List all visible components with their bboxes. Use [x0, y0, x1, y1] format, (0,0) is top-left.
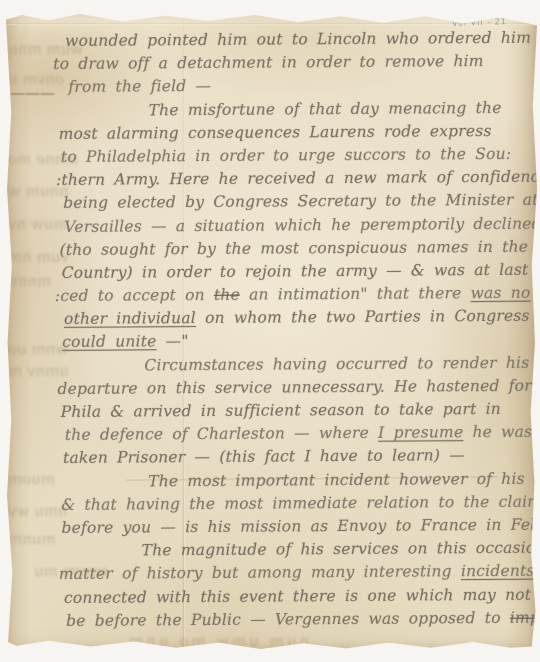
line-segment: Versailles — a situation which he peremp…: [64, 214, 537, 235]
manuscript-line: before you — is his mission as Envoy to …: [61, 514, 537, 541]
manuscript-text: wounded pointed him out to Lincoln who o…: [50, 27, 537, 633]
underlined-phrase: other individual: [64, 309, 196, 328]
manuscript-line: to Philadelphia in order to urge succors…: [61, 143, 537, 170]
line-segment: Circumstances having occurred to render …: [144, 353, 529, 374]
manuscript-line: matter of history but among many interes…: [59, 560, 537, 587]
line-segment: taken Prisoner — (this fact I have to le…: [63, 446, 465, 467]
line-segment: to Philadelphia in order to urge succors…: [61, 145, 511, 166]
manuscript-line: could unite —": [62, 328, 537, 355]
manuscript-line: most alarming consequences Laurens rode …: [59, 119, 537, 146]
line-segment: being elected by Congress Secretary to t…: [63, 191, 537, 212]
manuscript-line: departure on this service unnecessary. H…: [57, 374, 537, 401]
manuscript-line: (tho sought for by the most conspicuous …: [59, 235, 537, 262]
underlined-phrase: was no: [470, 284, 530, 302]
underlined-phrase: could unite: [62, 333, 156, 352]
manuscript-line: connected with this event there is one w…: [64, 583, 537, 610]
bleedthrough-mark: munm: [8, 530, 56, 548]
line-segment: (tho sought for by the most conspicuous …: [59, 237, 528, 258]
line-segment: :ced to accept on: [55, 286, 214, 305]
manuscript-line: Phila & arrived in sufficient season to …: [61, 398, 537, 425]
line-segment: —": [156, 332, 188, 350]
scan-page: Vol VII - 21 wounded pointed him out to …: [6, 10, 537, 649]
manuscript-line: Versailles — a situation which he peremp…: [64, 212, 537, 238]
bleedthrough-mark: mnnu: [8, 272, 51, 290]
line-segment: :thern Army. Here he received a new mark…: [56, 168, 537, 189]
line-segment: an intimation" that there: [240, 284, 471, 304]
scanned-document-viewer: { "document": { "kind": "handwritten man…: [0, 0, 540, 662]
manuscript-line: the defence of Charleston — where I pres…: [65, 421, 537, 447]
manuscript-line: being elected by Congress Secretary to t…: [63, 189, 537, 215]
struck-word: the: [214, 286, 240, 304]
manuscript-line: Country) in order to rejoin the army — &…: [62, 258, 537, 285]
line-segment: wounded pointed him out to Lincoln who o…: [65, 29, 531, 50]
bleedthrough-mark: muom: [8, 470, 55, 488]
manuscript-line: taken Prisoner — (this fact I have to le…: [63, 444, 537, 471]
line-segment: departure on this service unnecessary. H…: [57, 376, 531, 397]
line-segment: the defence of Charleston — where: [65, 424, 378, 444]
bleedthrough-mark: ———: [10, 84, 55, 102]
line-segment: be before the Public — Vergennes was opp…: [66, 608, 510, 629]
bleedthrough-mark: num umw mo unm: [126, 632, 309, 649]
manuscript-line: Circumstances having occurred to render …: [144, 351, 537, 377]
manuscript-line: from the field —: [68, 73, 536, 99]
manuscript-line: wounded pointed him out to Lincoln who o…: [65, 27, 536, 53]
manuscript-line: :thern Army. Here he received a new mark…: [56, 166, 537, 193]
line-segment: he was: [463, 423, 532, 441]
manuscript-line: The most important incident however of h…: [148, 467, 537, 493]
manuscript-line: other individual on whom the two Parties…: [64, 305, 537, 331]
line-segment: Country) in order to rejoin the army — &…: [62, 260, 537, 282]
line-segment: to draw off a detachment in order to rem…: [53, 52, 484, 73]
line-segment: on whom the two Parties in Congress: [196, 307, 530, 327]
line-segment: Phila & arrived in sufficient season to …: [61, 400, 501, 421]
manuscript-line: be before the Public — Vergennes was opp…: [66, 606, 537, 632]
manuscript-line: & that having the most immediate relatio…: [61, 490, 537, 517]
line-segment: matter of history but among many interes…: [59, 562, 461, 583]
line-segment: The misfortune of that day menacing the: [148, 98, 501, 118]
struck-word: impart: [510, 608, 537, 626]
line-segment: from the field —: [68, 77, 211, 96]
line-segment: The most important incident however of h…: [148, 469, 537, 490]
manuscript-line: The misfortune of that day menacing the: [148, 96, 536, 122]
manuscript-line: :ced to accept on the an intimation" tha…: [55, 282, 537, 309]
line-segment: before you — is his mission as Envoy to …: [61, 515, 537, 537]
underlined-phrase: I presume: [378, 423, 463, 442]
line-segment: most alarming consequences Laurens rode …: [59, 122, 492, 143]
line-segment: The magnitude of his services on this oc…: [142, 538, 537, 559]
underlined-phrase: incidents: [461, 562, 535, 581]
line-segment: connected with this event there is one w…: [64, 585, 531, 606]
line-segment: & that having the most immediate relatio…: [61, 492, 537, 513]
manuscript-line: to draw off a detachment in order to rem…: [53, 50, 536, 77]
manuscript-line: The magnitude of his services on this oc…: [142, 537, 537, 563]
